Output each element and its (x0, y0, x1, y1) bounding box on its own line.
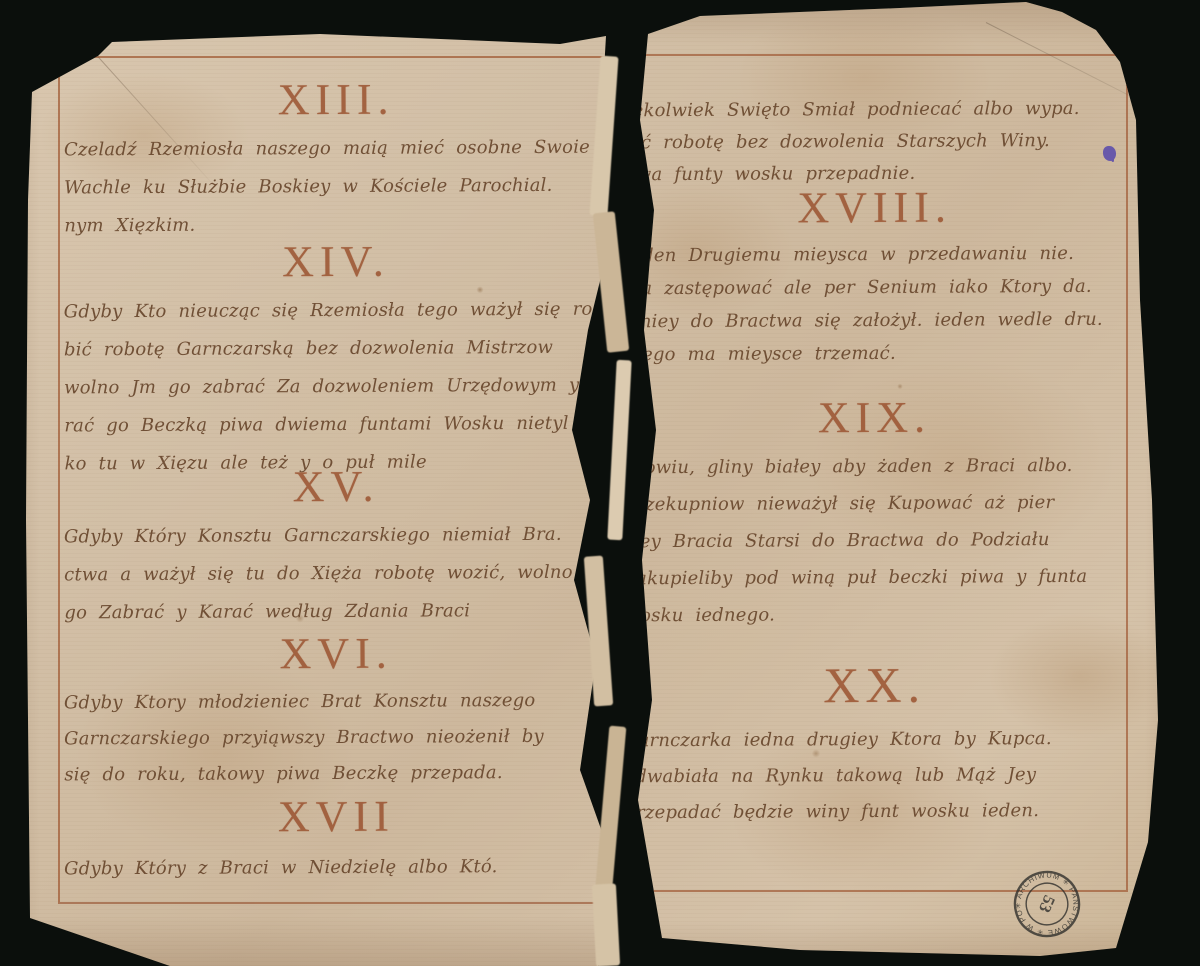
manuscript-line: Garnczarka iedna drugiey Ktora by Kupca. (624, 721, 1126, 760)
manuscript-line: Wachle ku Służbie Boskiey w Kościele Par… (64, 167, 609, 208)
manuscript-line: się do roku, takowy piwa Beczkę przepada… (64, 755, 609, 794)
section-xiv-heading: XIV. (63, 239, 608, 286)
manuscript-line: giego ma mieysce trzemać. (624, 336, 1126, 372)
section-xvii: XVII Gdyby Który z Braci w Niedzielę alb… (64, 794, 609, 889)
gutter-paper-shard (595, 726, 627, 897)
section-xiii-heading: XIII. (64, 77, 609, 124)
section-xvi-heading: XVI. (64, 631, 609, 678)
section-xx: XX. Garnczarka iedna drugiey Ktora by Ku… (624, 659, 1127, 832)
manuscript-line: go Zabrać y Karać według Zdania Braci (64, 592, 609, 633)
purple-ink-blot (1103, 146, 1116, 161)
manuscript-line: rać go Beczką piwa dwiema funtami Wosku … (64, 405, 609, 446)
manuscript-line: rękolwiek Swięto Smiał podniecać albo wy… (624, 93, 1126, 128)
manuscript-line: ctwa a ważył się tu do Xięża robotę wozi… (64, 554, 609, 595)
manuscript-line: wey Bracia Starsi do Bractwa do Podziału (624, 521, 1126, 561)
manuscript-line: Gdyby Który z Braci w Niedzielę albo Któ… (64, 848, 609, 889)
manuscript-line: Gdyby Ktory młodzieniec Brat Konsztu nas… (64, 683, 609, 722)
manuscript-line: Gdyby Który Konsztu Garnczarskiego niemi… (64, 516, 609, 557)
section-xx-heading: XX. (624, 659, 1126, 712)
manuscript-line: wniey do Bractwa się założył. ieden wedl… (624, 303, 1126, 339)
section-xix: XIX. Ołowiu, gliny białey aby żaden z Br… (623, 395, 1126, 635)
manuscript-line: Jeden Drugiemu mieysca w przedawaniu nie… (624, 237, 1126, 273)
section-xvi: XVI. Gdyby Ktory młodzieniec Brat Konszt… (64, 631, 610, 794)
manuscript-line: Czeladź Rzemiosła naszego maią mieć osob… (64, 129, 609, 170)
left-folio-number: 8 (35, 33, 50, 58)
manuscript-line: wosku iednego. (624, 595, 1126, 635)
section-xviii: XVIII. Jeden Drugiemu mieysca w przedawa… (624, 185, 1127, 372)
manuscript-line: bić robotę Garnczarską bez dozwolenia Mi… (64, 329, 609, 370)
section-xiv: XIV. Gdyby Kto nieucząc się Rzemiosła te… (63, 239, 609, 484)
manuscript-line: ma zastępować ale per Senium iako Ktory … (624, 270, 1126, 306)
section-xiii: XIII. Czeladź Rzemiosła naszego maią mie… (64, 77, 610, 246)
gutter-paper-shard (592, 883, 620, 966)
section-xv: XV. Gdyby Który Konsztu Garnczarskiego n… (64, 464, 610, 633)
manuscript-line: Garnczarskiego przyiąwszy Bractwo nieoże… (64, 719, 609, 758)
manuscript-line: przepadać będzie winy funt wosku ieden. (624, 793, 1126, 832)
manuscript-line: odwabiała na Rynku takową lub Mąż Jey (624, 757, 1126, 796)
section-xvii-continuation: rękolwiek Swięto Smiał podniecać albo wy… (624, 93, 1126, 192)
manuscript-line: łać robotę bez dozwolenia Starszych Winy… (624, 125, 1126, 160)
manuscript-line: Przekupniow nieważył się Kupować aż pier (624, 484, 1126, 524)
stamp-number: 53 (1035, 892, 1059, 915)
section-xv-heading: XV. (64, 464, 609, 511)
manuscript-line: nakupieliby pod winą puł beczki piwa y f… (624, 558, 1126, 598)
gutter-paper-shard (607, 360, 631, 541)
manuscript-line: Gdyby Kto nieucząc się Rzemiosła tego wa… (64, 291, 609, 332)
section-xix-heading: XIX. (623, 395, 1125, 442)
section-xviii-heading: XVIII. (624, 185, 1126, 232)
manuscript-line: wolno Jm go zabrać Za dozwoleniem Urzędo… (64, 367, 609, 408)
manuscript-line: Ołowiu, gliny białey aby żaden z Braci a… (624, 447, 1126, 487)
section-xvii-heading: XVII (64, 794, 609, 841)
right-folio-number: 9 (1130, 26, 1143, 50)
